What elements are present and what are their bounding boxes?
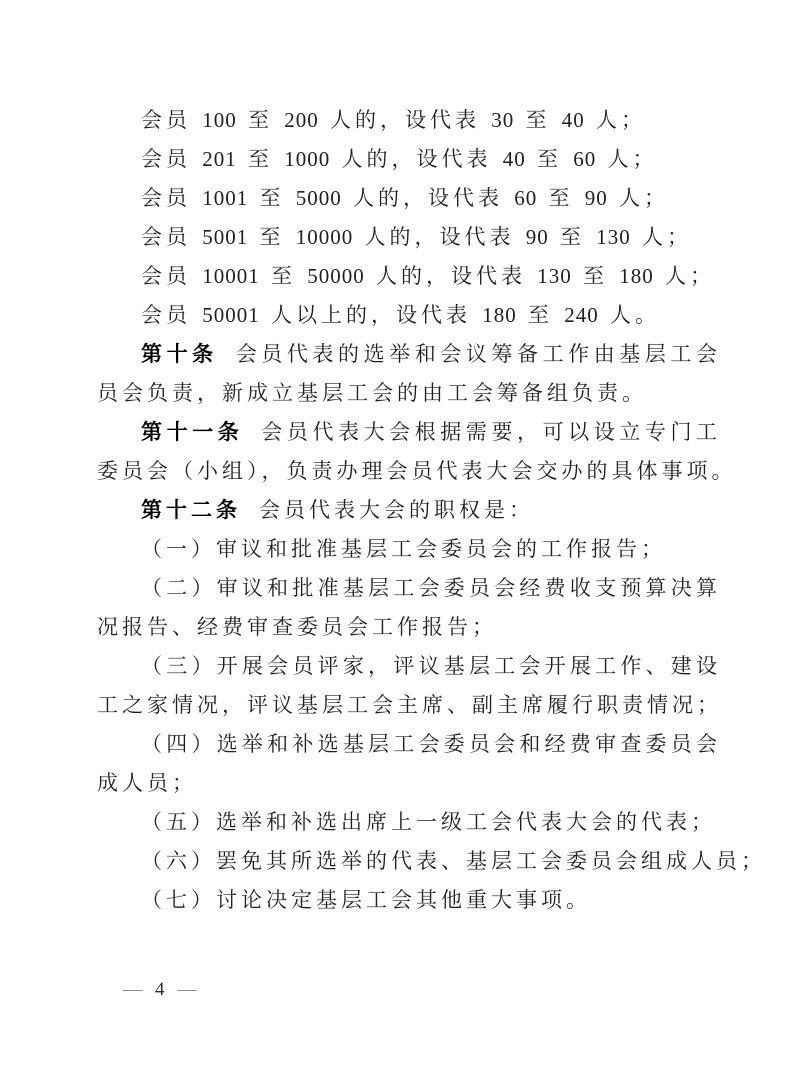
numeral: 50000 <box>305 264 367 288</box>
numeral: 40 <box>501 147 528 171</box>
text-line: 成人员； <box>97 764 721 803</box>
line-text: 会员代表的选举和会议筹备工作由基层工会委 <box>141 342 721 374</box>
line-text: （三）开展会员评家，评议基层工会开展工作、建设职 <box>141 654 721 686</box>
text-line: （六）罢免其所选举的代表、基层工会委员会组成人员； <box>97 842 721 881</box>
text-line: 第十二条会员代表大会的职权是： <box>97 491 721 530</box>
text-line: （三）开展会员评家，评议基层工会开展工作、建设职 <box>97 647 721 686</box>
line-text: 会员 1001 至 5000 人的，设代表 60 至 90 人； <box>141 186 669 210</box>
numeral: 50001 <box>200 303 262 327</box>
text-line: 会员 10001 至 50000 人的，设代表 130 至 180 人； <box>97 257 721 296</box>
text-line: （七）讨论决定基层工会其他重大事项。 <box>97 881 721 920</box>
footer-dash-right: — <box>178 979 197 1000</box>
text-line: 况报告、经费审查委员会工作报告； <box>97 608 721 647</box>
text-line: 工之家情况，评议基层工会主席、副主席履行职责情况； <box>97 686 721 725</box>
page-footer: —4— <box>123 978 197 1002</box>
article-heading: 第十条 <box>141 342 218 366</box>
numeral: 180 <box>480 303 519 327</box>
line-text: 会员 201 至 1000 人的，设代表 40 至 60 人； <box>141 147 658 171</box>
line-text: （五）选举和补选出席上一级工会代表大会的代表； <box>141 810 716 834</box>
numeral: 1001 <box>200 186 250 210</box>
numeral: 5000 <box>294 186 344 210</box>
document-page: { "document": { "lines": [ {"indent": tr… <box>0 0 798 1090</box>
text-line: 会员 201 至 1000 人的，设代表 40 至 60 人； <box>97 140 721 179</box>
text-line: （四）选举和补选基层工会委员会和经费审查委员会组 <box>97 725 721 764</box>
numeral: 30 <box>489 108 516 132</box>
numeral: 200 <box>282 108 321 132</box>
line-text: 会员 100 至 200 人的，设代表 30 至 40 人； <box>141 108 646 132</box>
line-text: （四）选举和补选基层工会委员会和经费审查委员会组 <box>141 732 721 764</box>
numeral: 1000 <box>282 147 332 171</box>
text-line: 第十一条会员代表大会根据需要，可以设立专门工作 <box>97 413 721 452</box>
numeral: 5001 <box>200 225 250 249</box>
text-line: （一）审议和批准基层工会委员会的工作报告； <box>97 530 721 569</box>
text-line: 会员 5001 至 10000 人的，设代表 90 至 130 人； <box>97 218 721 257</box>
line-text: 会员代表大会的职权是： <box>259 498 534 522</box>
numeral: 60 <box>512 186 539 210</box>
line-text: 会员 10001 至 50000 人的，设代表 130 至 180 人； <box>141 264 715 288</box>
line-text: 工之家情况，评议基层工会主席、副主席履行职责情况； <box>97 693 722 717</box>
document-body: 会员 100 至 200 人的，设代表 30 至 40 人；会员 201 至 1… <box>97 101 721 920</box>
numeral: 90 <box>524 225 551 249</box>
article-heading: 第十一条 <box>141 420 243 444</box>
line-text: 委员会（小组），负责办理会员代表大会交办的具体事项。 <box>97 459 737 483</box>
numeral: 100 <box>200 108 239 132</box>
numeral: 60 <box>571 147 598 171</box>
numeral: 90 <box>583 186 610 210</box>
text-line: 会员 50001 人以上的，设代表 180 至 240 人。 <box>97 296 721 335</box>
footer-dash-left: — <box>123 979 142 1000</box>
line-text: （二）审议和批准基层工会委员会经费收支预算决算情 <box>141 576 721 608</box>
article-heading: 第十二条 <box>141 498 241 522</box>
page-number: 4 <box>155 979 165 1000</box>
numeral: 130 <box>535 264 574 288</box>
text-line: 第十条会员代表的选举和会议筹备工作由基层工会委 <box>97 335 721 374</box>
numeral: 130 <box>594 225 633 249</box>
numeral: 10001 <box>200 264 262 288</box>
numeral: 201 <box>200 147 239 171</box>
text-line: 员会负责，新成立基层工会的由工会筹备组负责。 <box>97 374 721 413</box>
text-line: 会员 100 至 200 人的，设代表 30 至 40 人； <box>97 101 721 140</box>
line-text: 员会负责，新成立基层工会的由工会筹备组负责。 <box>97 381 647 405</box>
text-line: 会员 1001 至 5000 人的，设代表 60 至 90 人； <box>97 179 721 218</box>
line-text: （七）讨论决定基层工会其他重大事项。 <box>141 888 591 912</box>
line-text: 成人员； <box>97 771 197 795</box>
text-line: （二）审议和批准基层工会委员会经费收支预算决算情 <box>97 569 721 608</box>
line-text: 况报告、经费审查委员会工作报告； <box>97 615 497 639</box>
text-line: （五）选举和补选出席上一级工会代表大会的代表； <box>97 803 721 842</box>
text-line: 委员会（小组），负责办理会员代表大会交办的具体事项。 <box>97 452 721 491</box>
numeral: 40 <box>560 108 587 132</box>
numeral: 180 <box>617 264 656 288</box>
numeral: 240 <box>562 303 601 327</box>
line-text: 会员 50001 人以上的，设代表 180 至 240 人。 <box>141 303 660 327</box>
line-text: （一）审议和批准基层工会委员会的工作报告； <box>141 537 666 561</box>
line-text: 会员 5001 至 10000 人的，设代表 90 至 130 人； <box>141 225 692 249</box>
line-text: （六）罢免其所选举的代表、基层工会委员会组成人员； <box>141 849 766 873</box>
numeral: 10000 <box>294 225 356 249</box>
